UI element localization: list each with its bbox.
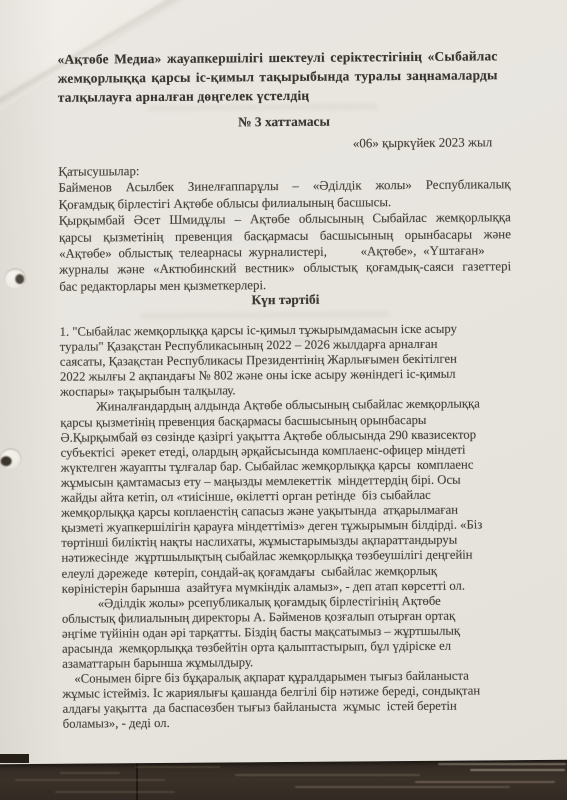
participants-section: Қатысушылар: Байменов Асылбек Зинелғаппа…	[58, 160, 511, 295]
wood-grain-streak	[235, 774, 420, 776]
wood-grain-streak	[470, 769, 565, 771]
document-body: 1. "Сыбайлас жемқорлыққа қарсы іс-қимыл …	[60, 321, 515, 732]
photo-background: «Ақтөбе Медиа» жауапкершілігі шектеулі с…	[0, 0, 567, 800]
wood-grain-streak	[415, 781, 555, 783]
table-edge-notch	[0, 754, 29, 763]
wood-grain-streak	[295, 786, 510, 788]
protocol-number: № 3 хаттамасы	[58, 112, 510, 132]
paragraph-kyrkymbai-speech: Жиналғандардың алдында Ақтөбе облысының …	[60, 397, 514, 597]
agenda-item: 1. "Сыбайлас жемқорлыққа қарсы іс-қимыл …	[60, 321, 513, 400]
document-title: «Ақтөбе Медиа» жауапкершілігі шектеулі с…	[57, 46, 497, 106]
punch-hole	[4, 268, 26, 289]
punch-hole-shadow	[1, 456, 12, 466]
paragraph-baimenov-speech: «Әділдік жолы» рсепубликалық қоғамдық бі…	[62, 593, 515, 672]
paragraph-closing-quote: «Сонымен бірге біз бұқаралық ақпарат құр…	[62, 668, 514, 732]
punch-hole	[0, 448, 22, 469]
wood-grain-streak	[55, 791, 175, 793]
wood-grain-streak	[135, 766, 220, 768]
wood-grain-streak	[438, 763, 566, 765]
text-line: боламыз», - деді ол.	[63, 714, 515, 733]
document-page: «Ақтөбе Медиа» жауапкершілігі шектеулі с…	[0, 0, 567, 764]
document-date: «06» қыркүйек 2023 жыл	[58, 134, 510, 154]
wood-grain-streak	[60, 772, 120, 774]
agenda-heading: Күн тәртібі	[59, 290, 511, 310]
ink-bleed-smudge	[140, 311, 390, 319]
punch-hole-shadow	[15, 274, 24, 284]
title-line: талқылауға арналған дөңгелек үстелдің	[58, 84, 498, 106]
title-line: жемқорлыққа қарсы іс-қимыл тақырыбында т…	[58, 65, 498, 87]
document-content: «Ақтөбе Медиа» жауапкершілігі шектеулі с…	[57, 38, 509, 42]
wood-grain-streak	[15, 779, 165, 781]
